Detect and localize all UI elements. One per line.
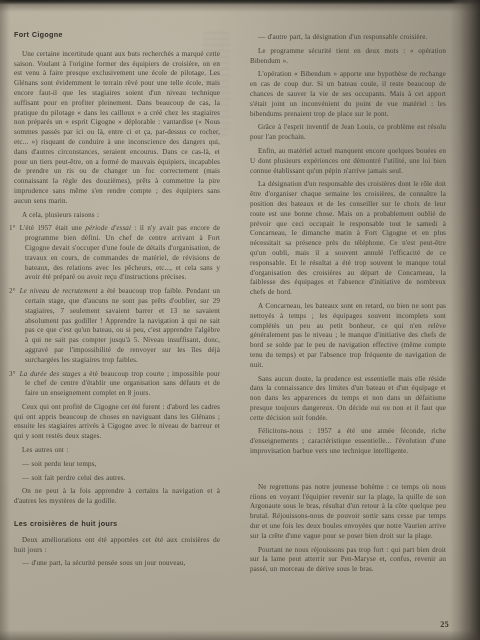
paragraph: On ne peut à la fois apprendre à certain…	[14, 487, 220, 507]
item-text-italic: période d'essai	[85, 224, 131, 232]
item-text-italic: La durée des stages	[20, 370, 81, 378]
paragraph: Grâce à l'esprit inventif de Jean Louis,…	[250, 123, 446, 143]
right-column: — d'autre part, la désignation d'un resp…	[250, 33, 446, 579]
numbered-item-1: 1°L'été 1957 était une période d'essai :…	[9, 224, 220, 283]
numbered-item-3: 3°La durée des stages a été beaucoup tro…	[9, 370, 220, 399]
paragraph: Deux améliorations ont été apportées cet…	[14, 536, 220, 556]
paragraph: Le programme sécurité tient en deux mots…	[250, 47, 446, 67]
item-text-post: : il n'y avait pas encore de programme b…	[25, 224, 220, 281]
section-heading-croisieres: Les croisières de huit jours	[14, 519, 220, 529]
page-edge-bottom	[0, 630, 480, 640]
item-text-italic: Le niveau de recrutement	[20, 287, 98, 295]
numbered-item-2: 2°Le niveau de recrutement a été beaucou…	[9, 287, 220, 365]
dash-bullet: — soit perdu leur temps,	[14, 460, 220, 470]
paragraph: Pourtant ne nous réjouissons pas trop fo…	[250, 546, 446, 575]
paragraph: Ne regrettons pas notre jeunesse bohème …	[250, 483, 446, 542]
left-column: Fort Cigogne Une certaine incertitude qu…	[14, 30, 220, 573]
page-edge-right	[450, 0, 480, 640]
section-heading-fort-cigogne: Fort Cigogne	[14, 30, 220, 40]
paragraph: Les autres ont :	[14, 446, 220, 456]
dash-bullet: — d'autre part, la désignation d'un resp…	[250, 33, 446, 43]
item-number: 3°	[9, 370, 20, 378]
paragraph: A Concarneau, les bateaux sont en retard…	[250, 302, 446, 371]
paragraph: L'opération « Bibendum » apporte une hyp…	[250, 70, 446, 119]
item-number: 1°	[9, 224, 20, 232]
paragraph: Félicitons-nous : 1957 a été une année f…	[250, 427, 446, 456]
paragraph: Enfin, au matériel actuel manquent encor…	[250, 147, 446, 176]
page-edge-top	[0, 0, 480, 12]
scanned-book-page: { "page": { "number": "25", "paper_color…	[0, 0, 480, 640]
paragraph: A cela, plusieurs raisons :	[14, 211, 220, 221]
paragraph: Ceux qui ont profité de Cigogne cet été …	[14, 403, 220, 442]
page-number: 25	[440, 620, 449, 629]
dash-bullet: — soit fait perdre celui des autres.	[14, 474, 220, 484]
item-text-pre: L'été 1957 était une	[20, 224, 86, 232]
dash-bullet: — d'une part, la sécurité pensée sous un…	[14, 559, 220, 569]
item-number: 2°	[9, 287, 20, 295]
paragraph: La désignation d'un responsable des croi…	[250, 180, 446, 298]
paragraph: Sans aucun doute, la prudence est essent…	[250, 375, 446, 424]
paragraph: Une certaine incertitude quant aux buts …	[14, 50, 220, 207]
item-text-post: a été beaucoup trop faible. Pendant un c…	[25, 287, 220, 364]
